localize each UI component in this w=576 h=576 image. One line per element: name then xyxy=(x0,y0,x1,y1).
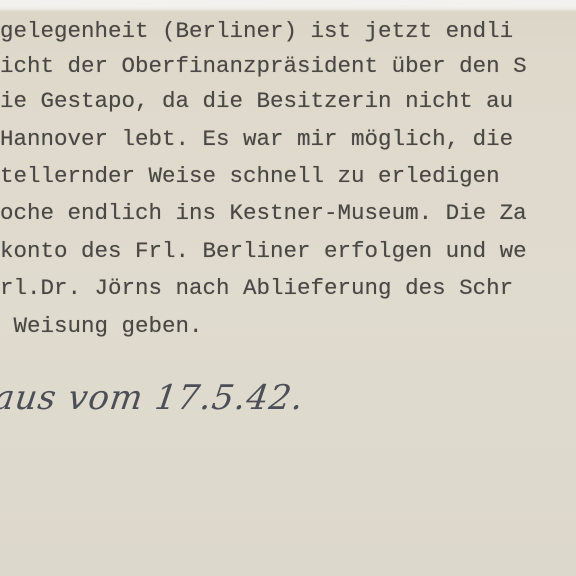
typed-line-1: gelegenheit (Berliner) ist jetzt endli xyxy=(0,18,513,44)
typed-line-2: icht der Oberfinanzpräsident über den S xyxy=(0,53,527,79)
typed-line-8: rl.Dr. Jörns nach Ablieferung des Schr xyxy=(0,275,513,301)
typed-line-4: Hannover lebt. Es war mir möglich, die xyxy=(0,126,513,152)
paper-sheet: gelegenheit (Berliner) ist jetzt endli i… xyxy=(0,0,576,576)
typed-line-7: konto des Frl. Berliner erfolgen und we xyxy=(0,238,527,264)
typed-line-3: ie Gestapo, da die Besitzerin nicht au xyxy=(0,88,513,114)
typed-line-9: Weisung geben. xyxy=(0,313,203,339)
typed-line-6: oche endlich ins Kestner-Museum. Die Za xyxy=(0,200,527,226)
handwritten-date-note: aus vom 17.5.42. xyxy=(0,378,307,418)
typed-line-5: tellernder Weise schnell zu erledigen xyxy=(0,163,500,189)
